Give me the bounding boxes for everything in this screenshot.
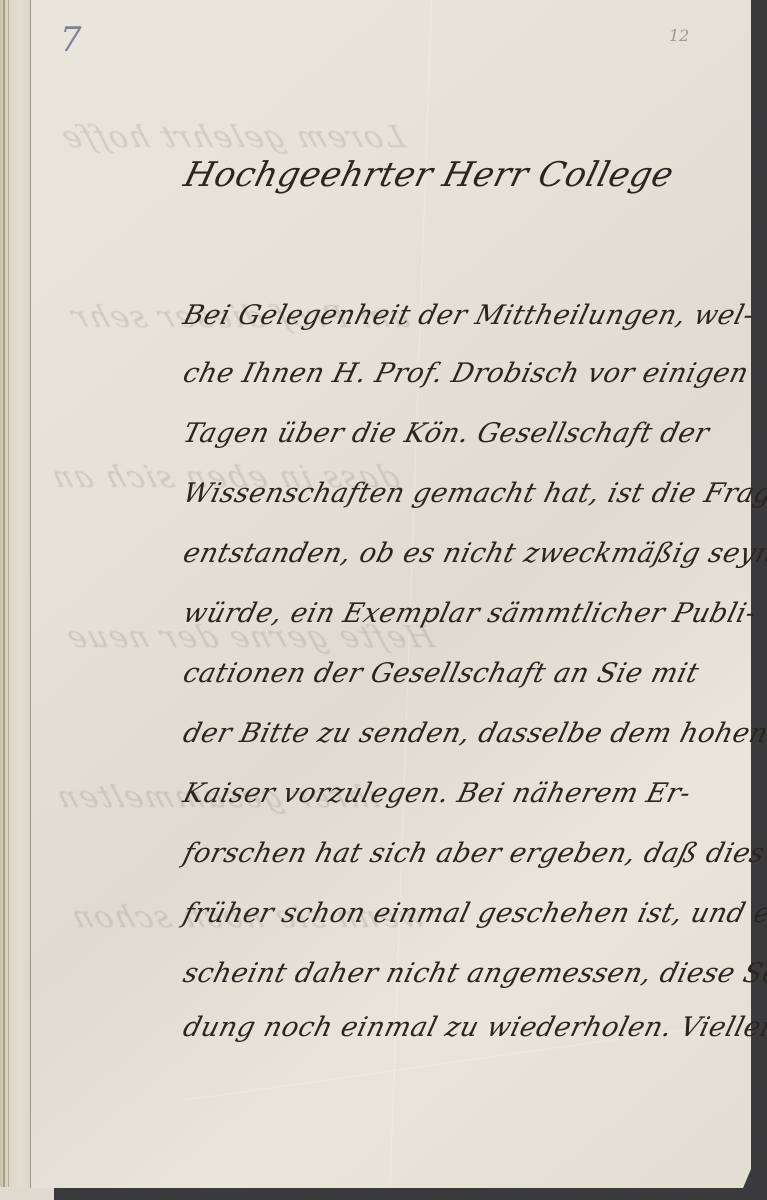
letter-line: früher schon einmal geschehen ist, und e… bbox=[180, 898, 767, 929]
letter-line: entstanden, ob es nicht zweckmäßig seyn bbox=[180, 538, 767, 569]
letter-line: Kaiser vorzulegen. Bei näherem Er- bbox=[180, 778, 694, 809]
letter-salutation: Hochgeehrter Herr College bbox=[180, 155, 678, 195]
letter-line: forschen hat sich aber ergeben, daß dies bbox=[180, 838, 767, 869]
binding-strip-bottom bbox=[0, 1187, 54, 1200]
letter-line: Bei Gelegenheit der Mittheilungen, wel- bbox=[180, 300, 757, 331]
letter-line: Tagen über die Kön. Gesellschaft der bbox=[180, 418, 713, 449]
letter-line: dung noch einmal zu wiederholen. Viellei… bbox=[180, 1012, 767, 1043]
folio-number-right: 12 bbox=[669, 26, 689, 45]
letter-line: Wissenschaften gemacht hat, ist die Frag… bbox=[180, 478, 767, 509]
letter-line: cationen der Gesellschaft an Sie mit bbox=[180, 658, 702, 689]
letter-line: der Bitte zu senden, dasselbe dem hohen bbox=[180, 718, 767, 749]
letter-line: scheint daher nicht angemessen, diese Se… bbox=[180, 958, 767, 989]
letter-line: würde, ein Exemplar sämmtlicher Publi- bbox=[180, 598, 760, 629]
bleed-through-text: Lorem gelehrt hoffe bbox=[55, 120, 409, 155]
letter-line: che Ihnen H. Prof. Drobisch vor einigen bbox=[180, 358, 752, 389]
binding-strip bbox=[0, 0, 34, 1200]
folio-number-left: 7 bbox=[60, 20, 82, 60]
document-scan: Lorem gelehrt hoffe am Prof dieser sehr … bbox=[0, 0, 767, 1200]
